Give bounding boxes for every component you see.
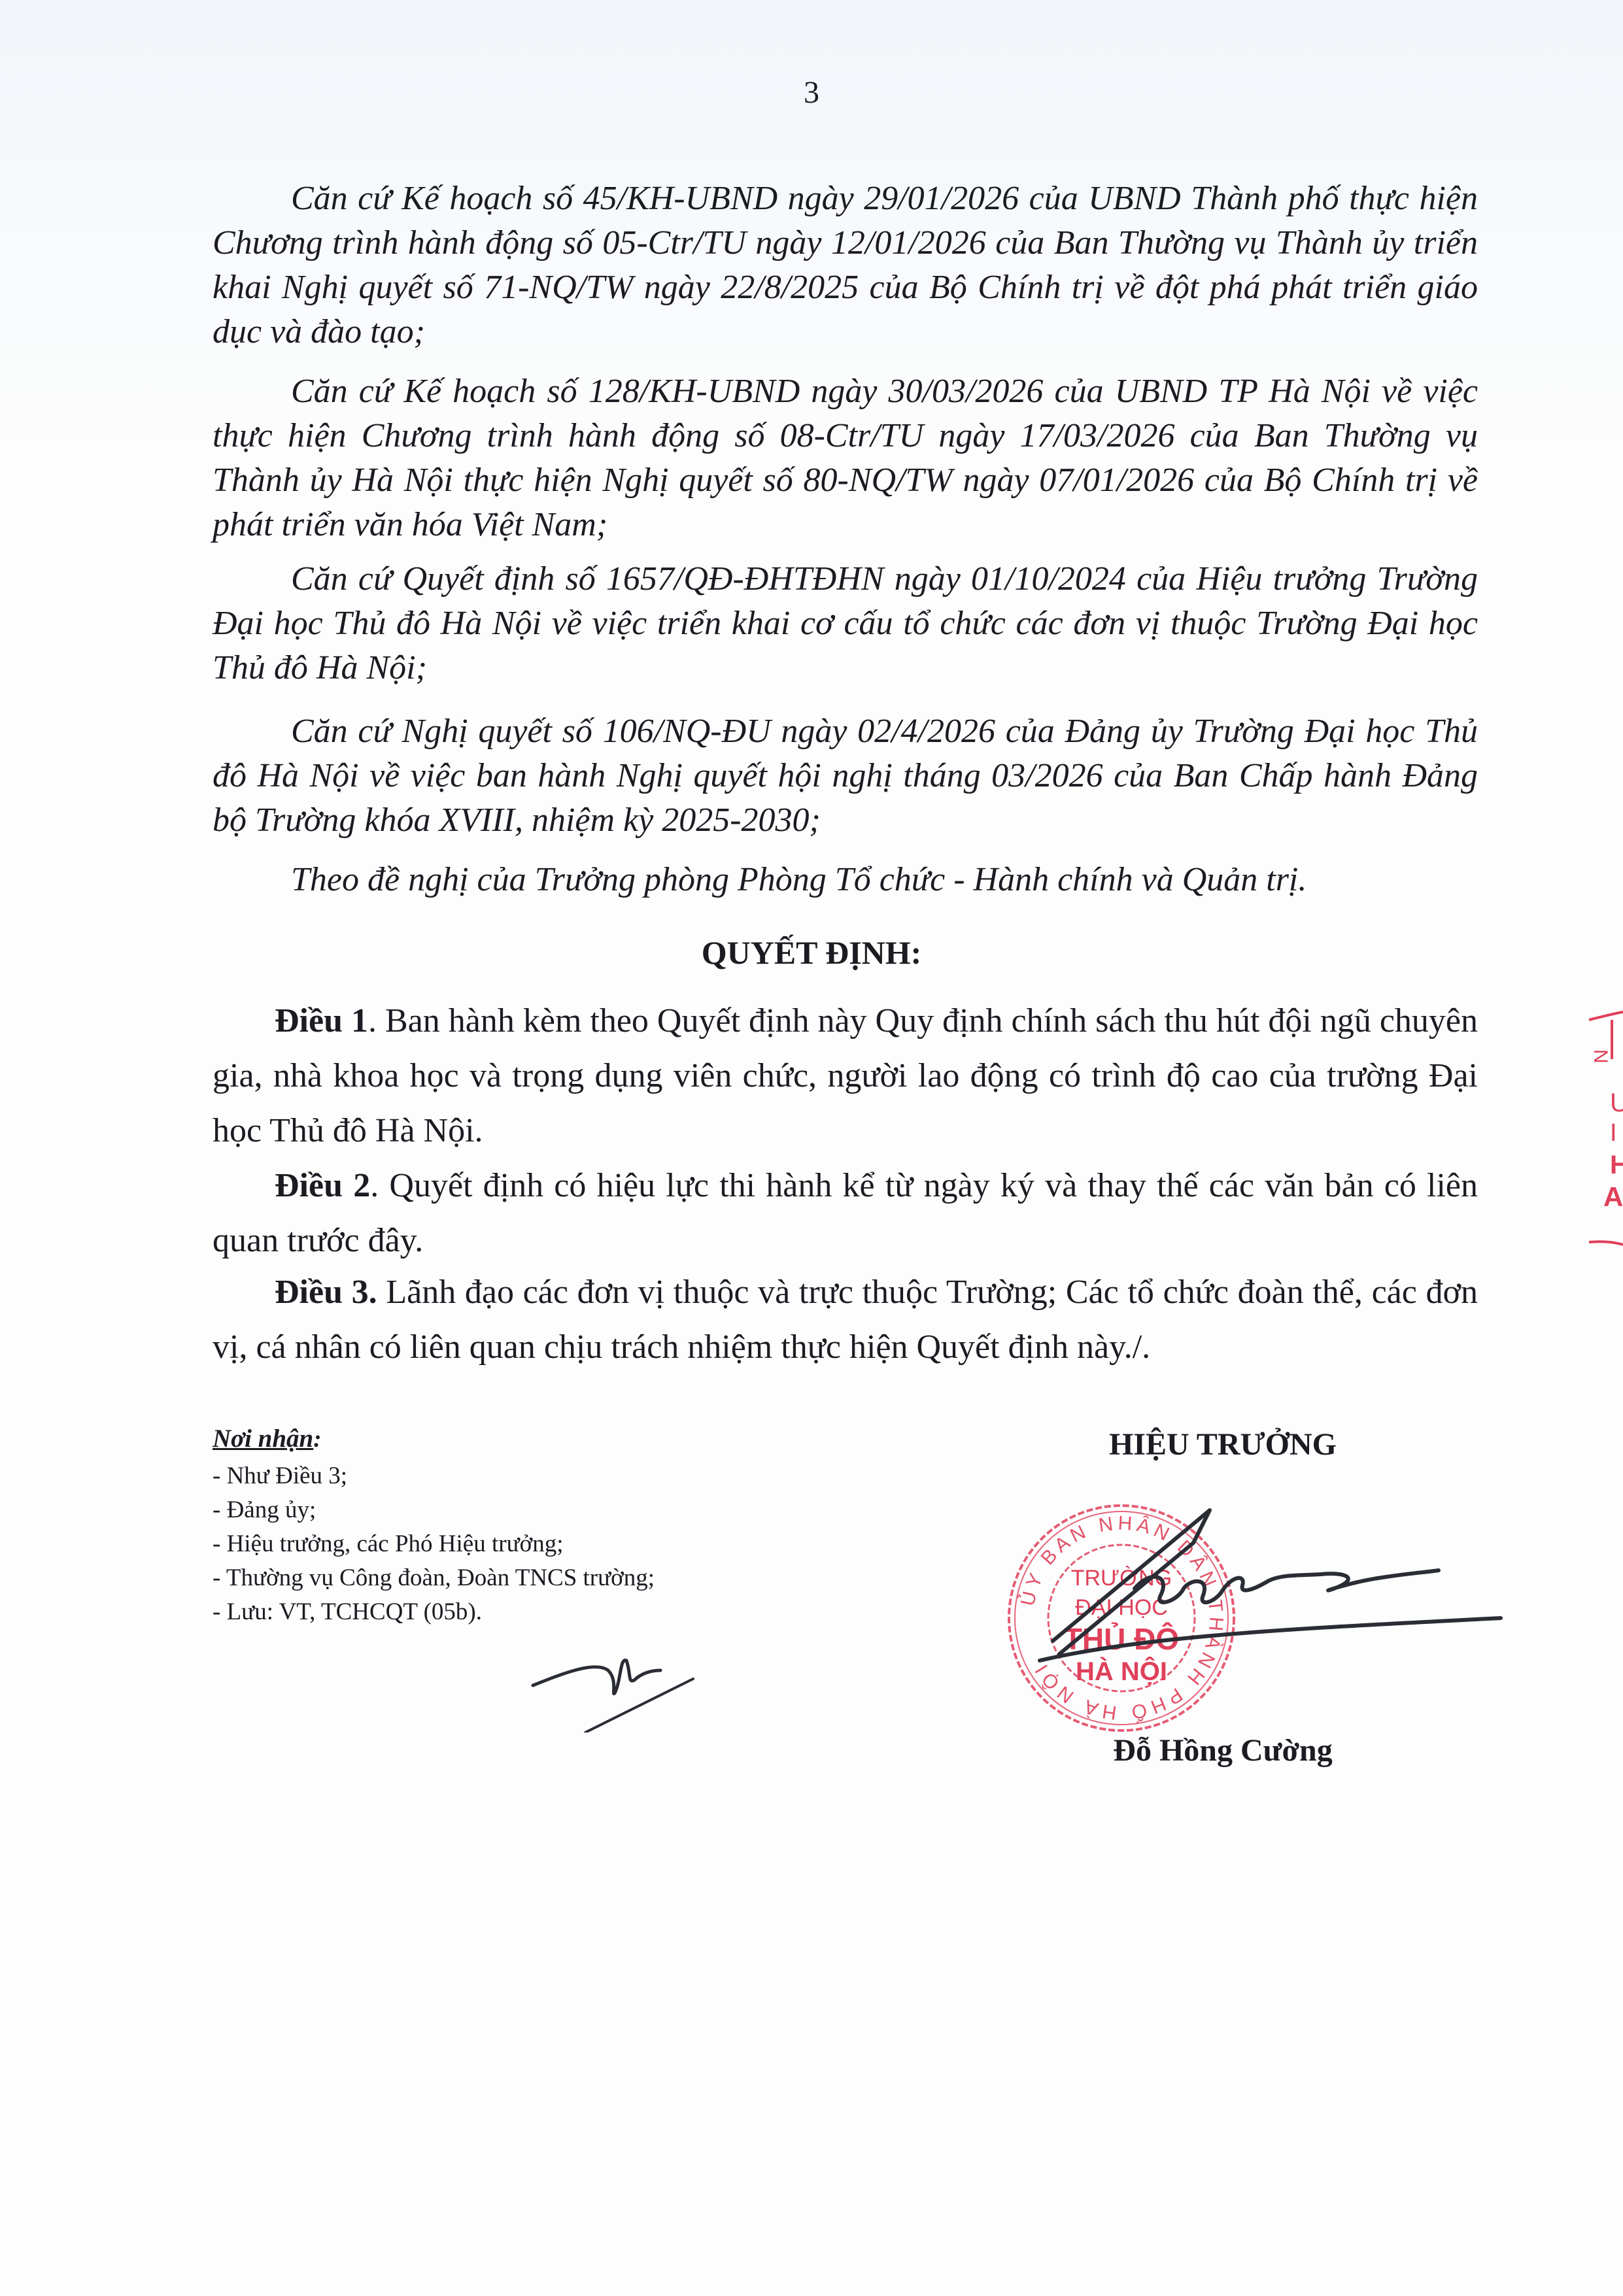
recipients-title: Nơi nhận xyxy=(213,1425,313,1453)
article-2-label: Điều 2 xyxy=(275,1167,370,1204)
preamble-paragraph-3: Căn cứ Quyết định số 1657/QĐ-ĐHTĐHN ngày… xyxy=(213,557,1478,690)
edge-seal-char: U xyxy=(1610,1089,1623,1117)
recipient-item: - Như Điều 3; xyxy=(213,1459,655,1493)
article-2-text: . Quyết định có hiệu lực thi hành kể từ … xyxy=(213,1167,1478,1259)
preamble-paragraph-2: Căn cứ Kế hoạch số 128/KH-UBND ngày 30/0… xyxy=(213,369,1478,547)
article-1-text: . Ban hành kèm theo Quyết định này Quy đ… xyxy=(213,1002,1478,1149)
signature-block: HIỆU TRƯỞNG xyxy=(1020,1425,1426,1464)
edge-seal-fragment: N U I H A xyxy=(1556,994,1623,1268)
edge-seal-char: A xyxy=(1603,1181,1623,1212)
preamble-paragraph-5: Theo đề nghị của Trưởng phòng Phòng Tổ c… xyxy=(213,858,1478,902)
article-2: Điều 2. Quyết định có hiệu lực thi hành … xyxy=(213,1158,1478,1268)
edge-seal-char: H xyxy=(1610,1151,1623,1179)
recipients-title-colon: : xyxy=(313,1426,321,1453)
signer-title: HIỆU TRƯỞNG xyxy=(1020,1425,1426,1464)
recipient-item: - Hiệu trưởng, các Phó Hiệu trưởng; xyxy=(213,1527,655,1561)
decision-heading: QUYẾT ĐỊNH: xyxy=(0,932,1623,973)
handwritten-signature xyxy=(1020,1504,1517,1674)
article-1-label: Điều 1 xyxy=(275,1002,368,1039)
article-3-text: Lãnh đạo các đơn vị thuộc và trực thuộc … xyxy=(213,1274,1478,1366)
page-number: 3 xyxy=(0,73,1623,112)
recipients-list: - Như Điều 3; - Đảng ủy; - Hiệu trưởng, … xyxy=(213,1459,655,1629)
edge-seal-char: N xyxy=(1590,1049,1611,1064)
preamble-paragraph-4: Căn cứ Nghị quyết số 106/NQ-ĐU ngày 02/4… xyxy=(213,709,1478,843)
article-3: Điều 3. Lãnh đạo các đơn vị thuộc và trự… xyxy=(213,1265,1478,1375)
edge-seal-char: I xyxy=(1610,1119,1617,1147)
recipients-block: Nơi nhận: - Như Điều 3; - Đảng ủy; - Hiệ… xyxy=(213,1422,655,1629)
initials-mark xyxy=(523,1634,719,1732)
signer-name: Đỗ Hồng Cường xyxy=(1020,1732,1426,1768)
recipient-item: - Lưu: VT, TCHCQT (05b). xyxy=(213,1595,655,1629)
recipient-item: - Đảng ủy; xyxy=(213,1493,655,1527)
article-1: Điều 1. Ban hành kèm theo Quyết định này… xyxy=(213,994,1478,1158)
recipient-item: - Thường vụ Công đoàn, Đoàn TNCS trường; xyxy=(213,1561,655,1595)
article-3-label: Điều 3. xyxy=(275,1274,377,1311)
preamble-paragraph-1: Căn cứ Kế hoạch số 45/KH-UBND ngày 29/01… xyxy=(213,177,1478,354)
